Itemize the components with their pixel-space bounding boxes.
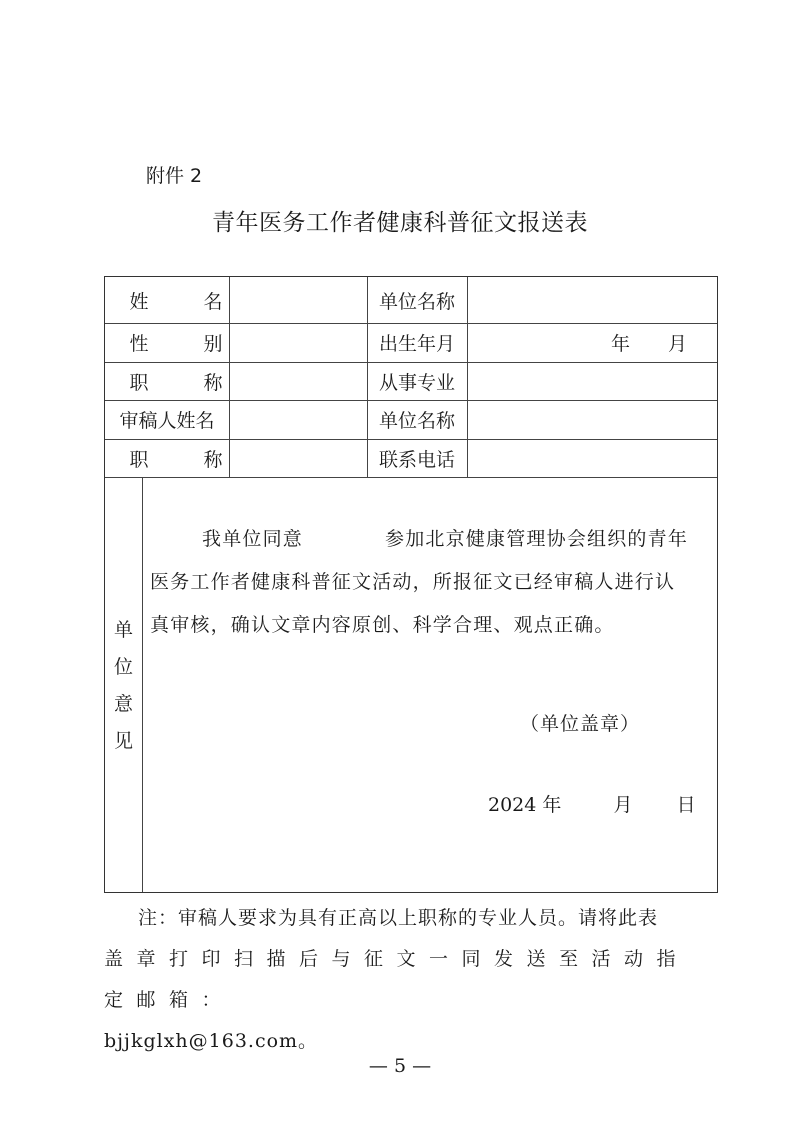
statement-part-a: 我单位同意 <box>202 528 303 550</box>
name-field[interactable] <box>229 277 367 323</box>
date-year: 2024 年 <box>488 794 561 816</box>
gender-field[interactable] <box>229 323 367 362</box>
unit-name-field[interactable] <box>467 277 717 323</box>
label-reviewer-unit: 单位名称 <box>367 400 467 439</box>
date-day: 日 <box>677 794 696 816</box>
attachment-label: 附件 2 <box>146 161 202 188</box>
reviewer-unit-field[interactable] <box>467 400 717 439</box>
specialty-field[interactable] <box>467 362 717 400</box>
title-field[interactable] <box>229 362 367 400</box>
row-divider <box>105 477 717 478</box>
label-reviewer-name: 审稿人姓名 <box>105 400 229 439</box>
label-title: 职 称 <box>105 362 247 400</box>
date-month: 月 <box>614 794 633 816</box>
note-section: 注：审稿人要求为具有正高以上职称的专业人员。请将此表 盖章打印扫描后与征文一同发… <box>104 898 718 1062</box>
page-title: 青年医务工作者健康科普征文报送表 <box>0 204 800 237</box>
statement-line-3: 真审核，确认文章内容原创、科学合理、观点正确。 <box>150 604 708 647</box>
reviewer-name-field[interactable] <box>229 400 367 439</box>
label-gender: 性 别 <box>105 323 247 362</box>
label-specialty: 从事专业 <box>367 362 467 400</box>
signature-date: 2024 年 月 日 <box>488 790 696 817</box>
opinion-statement: 我单位同意参加北京健康管理协会组织的青年 医务工作者健康科普征文活动，所报征文已… <box>150 518 708 647</box>
opinion-char: 单 <box>114 612 133 649</box>
opinion-char: 位 <box>114 649 133 686</box>
label-reviewer-title: 职 称 <box>105 439 247 477</box>
birth-date-field[interactable]: 年 月 <box>467 323 717 362</box>
opinion-side-label: 单 位 意 见 <box>105 612 142 760</box>
opinion-char: 见 <box>114 723 133 760</box>
reviewer-title-field[interactable] <box>229 439 367 477</box>
label-phone: 联系电话 <box>367 439 467 477</box>
label-unit-name: 单位名称 <box>367 277 467 323</box>
submission-form-table: 姓 名 单位名称 性 别 出生年月 年 月 职 称 从事专业 审稿人姓名 单位名… <box>104 276 718 893</box>
note-line-2: 盖章打印扫描后与征文一同发送至活动指定邮箱： <box>104 939 718 1021</box>
statement-line-2: 医务工作者健康科普征文活动，所报征文已经审稿人进行认 <box>150 561 708 604</box>
col-divider <box>142 477 143 892</box>
unit-seal-label: （单位盖章） <box>520 709 640 736</box>
page-number: — 5 — <box>0 1055 800 1077</box>
phone-field[interactable] <box>467 439 717 477</box>
label-name: 姓 名 <box>105 277 247 323</box>
label-birth-date: 出生年月 <box>367 323 467 362</box>
opinion-char: 意 <box>114 686 133 723</box>
note-line-1: 注：审稿人要求为具有正高以上职称的专业人员。请将此表 <box>104 898 718 939</box>
statement-part-b: 参加北京健康管理协会组织的青年 <box>385 528 688 550</box>
